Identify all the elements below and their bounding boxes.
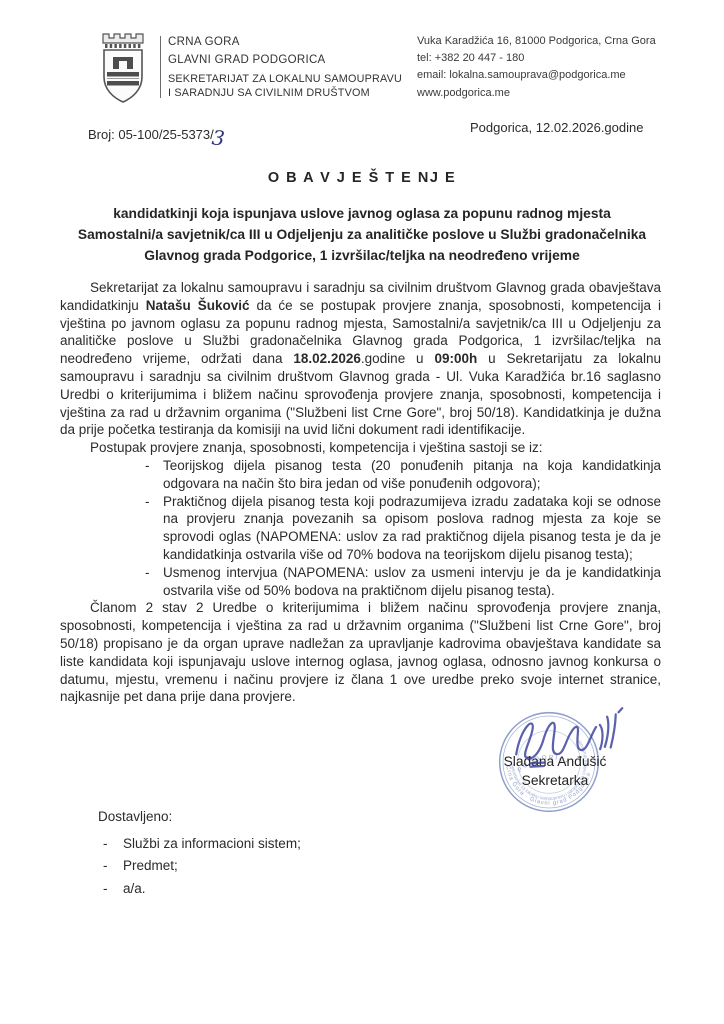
distribution-label: Dostavljeno:	[98, 807, 301, 827]
phone-line: tel: +382 20 447 - 180	[417, 50, 656, 67]
organization-block: CRNA GORA GLAVNI GRAD PODGORICA SEKRETAR…	[168, 36, 402, 99]
test-date: 18.02.2026	[293, 351, 361, 366]
handwritten-signature-icon	[504, 706, 639, 771]
distribution-block: Dostavljeno: -Službi za informacioni sis…	[98, 807, 301, 900]
signatory-role: Sekretarka	[475, 771, 635, 790]
distribution-item: -a/a.	[98, 878, 301, 901]
list-item-text: Teorijskog dijela pisanog testa (20 ponu…	[163, 457, 661, 493]
org-secretariat-line1: SEKRETARIJAT ZA LOKALNU SAMOUPRAVU	[168, 74, 402, 85]
distribution-item: -Predmet;	[98, 855, 301, 878]
org-city: GLAVNI GRAD PODGORICA	[168, 54, 402, 66]
list-item: -Praktičnog dijela pisanog testa koji po…	[60, 493, 661, 564]
list-item: -Usmenog intervjua (NAPOMENA: uslov za u…	[60, 564, 661, 600]
paragraph-text: .godine u	[361, 351, 435, 366]
website-line: www.podgorica.me	[417, 85, 656, 102]
candidate-name: Natašu Šuković	[146, 298, 250, 313]
email-line: email: lokalna.samouprava@podgorica.me	[417, 67, 656, 84]
list-item-text: Usmenog intervjua (NAPOMENA: uslov za us…	[163, 564, 661, 600]
address-line: Vuka Karadžića 16, 81000 Podgorica, Crna…	[417, 33, 656, 50]
list-item: -Teorijskog dijela pisanog testa (20 pon…	[60, 457, 661, 493]
paragraph-main: Sekretarijat za lokalnu samoupravu i sar…	[60, 279, 661, 439]
handwritten-number: 3	[211, 125, 226, 150]
distribution-item-text: a/a.	[123, 878, 146, 901]
hyphen-marker: -	[98, 833, 123, 856]
podgorica-coat-of-arms-icon	[96, 31, 150, 105]
org-secretariat-line2: I SARADNJU SA CIVILNIM DRUŠTVOM	[168, 88, 402, 99]
procedure-list: -Teorijskog dijela pisanog testa (20 pon…	[60, 457, 661, 599]
hyphen-marker: -	[145, 493, 163, 564]
reference-number: Broj: 05-100/25-5373/3	[88, 120, 227, 144]
distribution-item: -Službi za informacioni sistem;	[98, 833, 301, 856]
reference-number-label: Broj: 05-100/25-5373/	[88, 127, 214, 142]
hyphen-marker: -	[98, 878, 123, 901]
procedure-intro: Postupak provjere znanja, sposobnosti, k…	[60, 439, 661, 457]
hyphen-marker: -	[145, 564, 163, 600]
distribution-item-text: Službi za informacioni sistem;	[123, 833, 301, 856]
contact-block: Vuka Karadžića 16, 81000 Podgorica, Crna…	[417, 33, 656, 102]
header-divider	[160, 36, 161, 98]
document-title: O B A V J E Š T E NJ E	[0, 170, 724, 186]
org-country: CRNA GORA	[168, 36, 402, 48]
test-time: 09:00h	[434, 351, 477, 366]
document-page: CRNA GORA GLAVNI GRAD PODGORICA SEKRETAR…	[0, 0, 724, 1024]
list-item-text: Praktičnog dijela pisanog testa koji pod…	[163, 493, 661, 564]
document-subtitle: kandidatkinji koja ispunjava uslove javn…	[77, 203, 647, 266]
place-and-date: Podgorica, 12.02.2026.godine	[470, 120, 643, 135]
hyphen-marker: -	[98, 855, 123, 878]
document-body: Sekretarijat za lokalnu samoupravu i sar…	[60, 279, 661, 706]
hyphen-marker: -	[145, 457, 163, 493]
distribution-item-text: Predmet;	[123, 855, 178, 878]
closing-paragraph: Članom 2 stav 2 Uredbe o kriterijumima i…	[60, 599, 661, 706]
